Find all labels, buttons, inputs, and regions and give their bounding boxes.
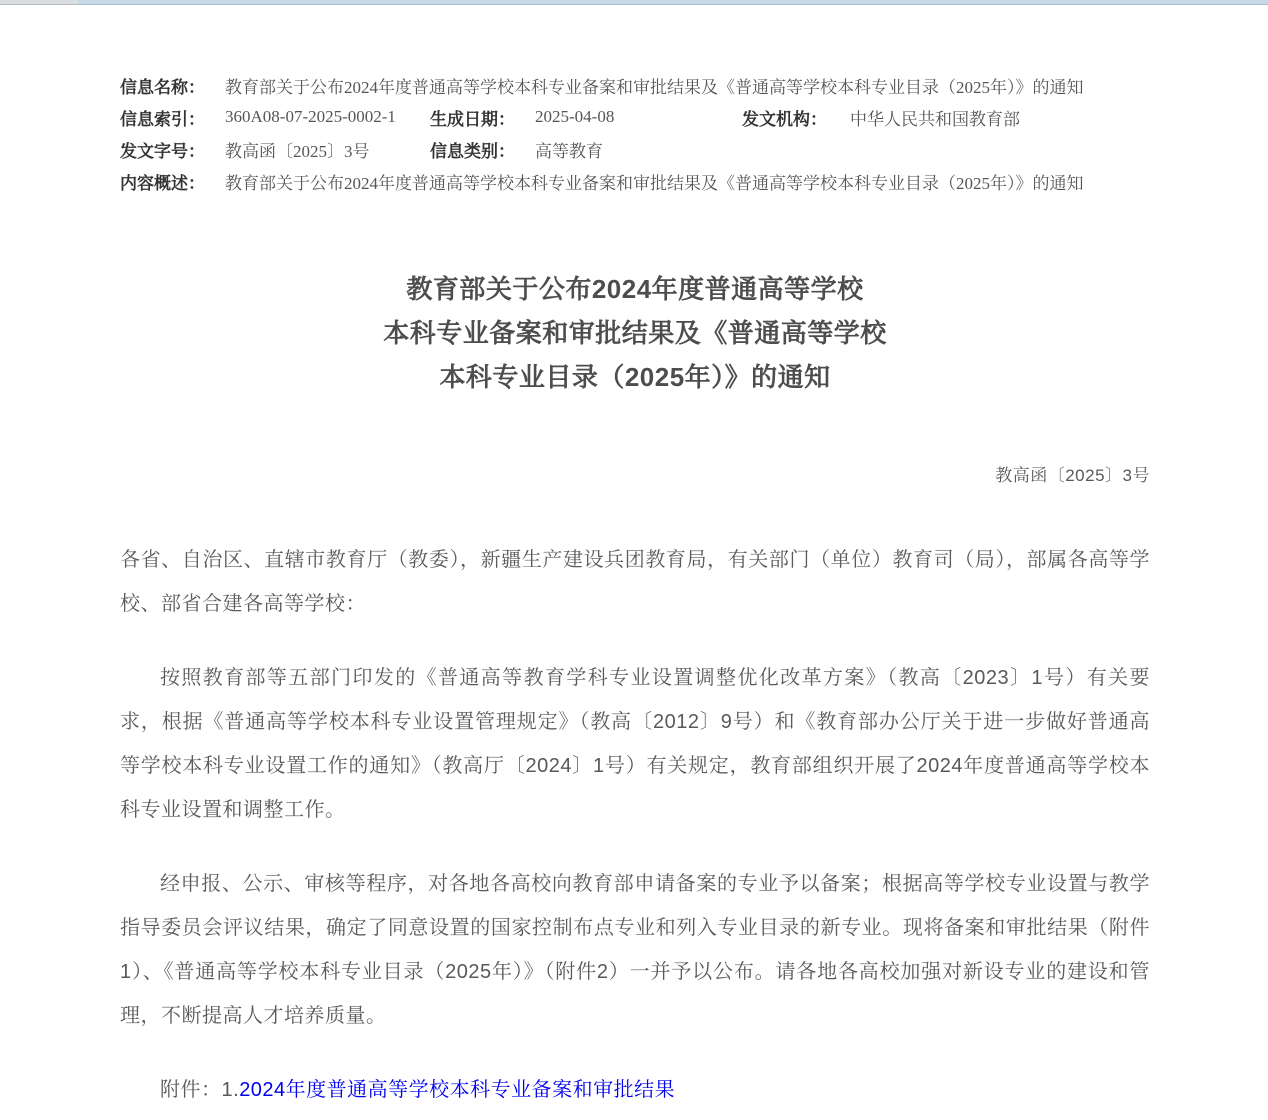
document-title: 教育部关于公布2024年度普通高等学校 本科专业备案和审批结果及《普通高等学校 … (120, 267, 1150, 399)
info-category-value: 高等教育 (535, 137, 742, 162)
body-paragraph-1: 按照教育部等五部门印发的《普通高等教育学科专业设置调整优化改革方案》（教高〔20… (120, 656, 1150, 832)
document-metadata: 信息名称： 教育部关于公布2024年度普通高等学校本科专业备案和审批结果及《普通… (120, 69, 1150, 197)
document-title-line2: 本科专业备案和审批结果及《普通高等学校 (120, 311, 1150, 355)
meta-row-index-date-agency: 信息索引： 360A08-07-2025-0002-1 生成日期： 2025-0… (120, 101, 1150, 133)
info-index-label: 信息索引： (120, 105, 225, 130)
doc-symbol-label: 发文字号： (120, 137, 225, 162)
body-paragraph-2: 经申报、公示、审核等程序，对各地各高校向教育部申请备案的专业予以备案；根据高等学… (120, 862, 1150, 1038)
top-edge-left-segment (0, 0, 78, 5)
meta-row-docnum-category: 发文字号： 教高函〔2025〕3号 信息类别： 高等教育 (120, 133, 1150, 165)
document-number: 教高函〔2025〕3号 (120, 461, 1150, 486)
attachment-prefix: 附件：1. (160, 1079, 239, 1101)
salutation-paragraph: 各省、自治区、直辖市教育厅（教委），新疆生产建设兵团教育局，有关部门（单位）教育… (120, 538, 1150, 626)
meta-row-info-name: 信息名称： 教育部关于公布2024年度普通高等学校本科专业备案和审批结果及《普通… (120, 69, 1150, 101)
document-body: 各省、自治区、直辖市教育厅（教委），新疆生产建设兵团教育局，有关部门（单位）教育… (120, 538, 1150, 1112)
generate-date-value: 2025-04-08 (535, 107, 742, 127)
browser-top-edge (0, 0, 1268, 5)
info-category-label: 信息类别： (430, 137, 535, 162)
info-name-label: 信息名称： (120, 73, 225, 98)
document-page: 信息名称： 教育部关于公布2024年度普通高等学校本科专业备案和审批结果及《普通… (120, 69, 1150, 1112)
info-index-value: 360A08-07-2025-0002-1 (225, 107, 430, 127)
issuing-agency-label: 发文机构： (742, 105, 850, 130)
issuing-agency-value: 中华人民共和国教育部 (850, 105, 1020, 130)
meta-row-summary: 内容概述： 教育部关于公布2024年度普通高等学校本科专业备案和审批结果及《普通… (120, 165, 1150, 197)
content-summary-label: 内容概述： (120, 169, 225, 194)
doc-symbol-value: 教高函〔2025〕3号 (225, 137, 430, 162)
document-title-line3: 本科专业目录（2025年）》的通知 (120, 355, 1150, 399)
generate-date-label: 生成日期： (430, 105, 535, 130)
top-edge-right-segment (78, 0, 1268, 5)
content-summary-value: 教育部关于公布2024年度普通高等学校本科专业备案和审批结果及《普通高等学校本科… (225, 169, 1084, 194)
attachment-1-link[interactable]: 2024年度普通高等学校本科专业备案和审批结果 (239, 1079, 675, 1101)
attachment-line: 附件：1.2024年度普通高等学校本科专业备案和审批结果 (120, 1068, 1150, 1112)
document-title-line1: 教育部关于公布2024年度普通高等学校 (120, 267, 1150, 311)
info-name-value: 教育部关于公布2024年度普通高等学校本科专业备案和审批结果及《普通高等学校本科… (225, 73, 1084, 98)
